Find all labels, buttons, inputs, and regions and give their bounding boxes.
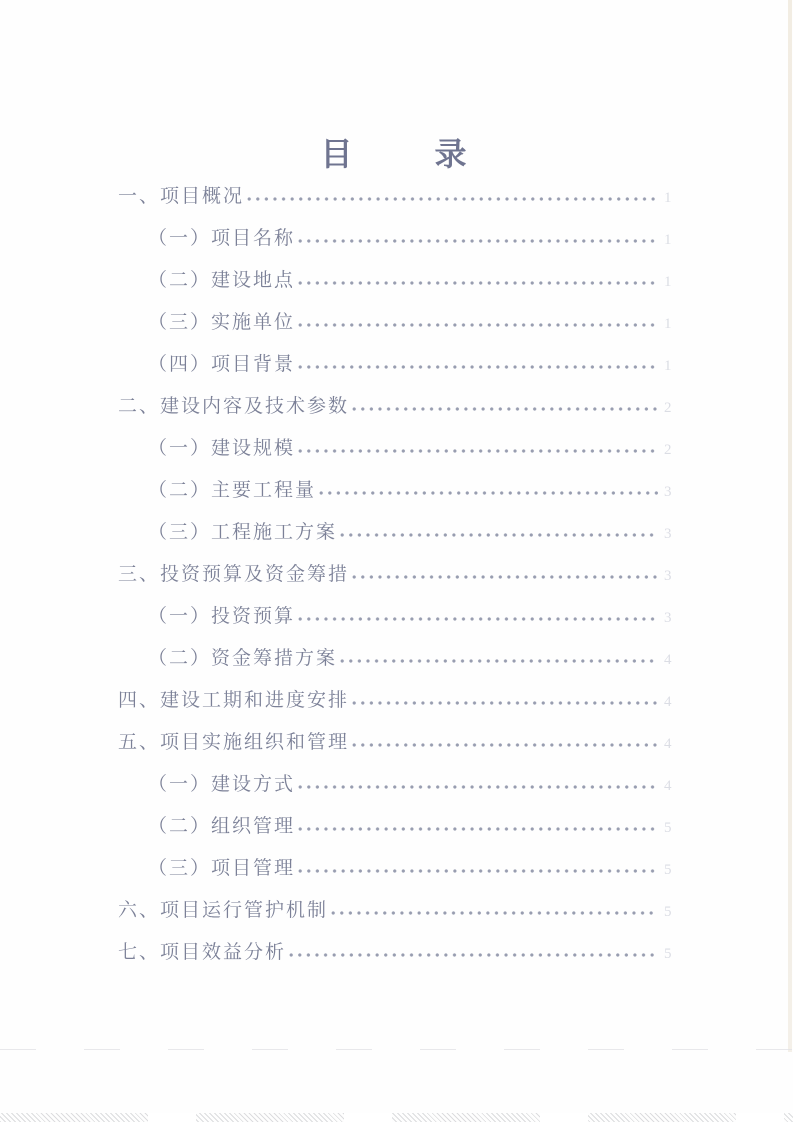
toc-page-number: 1 (664, 303, 686, 345)
toc-entry: 七、项目效益分析 5 (118, 932, 686, 974)
toc-entry-label: （二）组织管理 (148, 806, 295, 848)
dot-leader (352, 400, 658, 414)
toc-page-number: 3 (664, 471, 686, 513)
toc-page-number: 5 (664, 933, 686, 975)
toc-entry-label: （二）建设地点 (148, 260, 295, 302)
toc-entry: （二）资金筹措方案 4 (118, 638, 686, 680)
toc-entry-label: （一）建设规模 (148, 428, 295, 470)
toc-entry-label: 一、项目概况 (118, 176, 244, 218)
toc-entry: （二）组织管理 5 (118, 806, 686, 848)
scan-page-bottom-edge (0, 1049, 793, 1050)
toc-page-number: 2 (664, 387, 686, 429)
dot-leader (298, 610, 658, 624)
scan-edge-right (788, 0, 792, 1052)
toc-page-number: 1 (664, 177, 686, 219)
dot-leader (319, 484, 658, 498)
toc-entry-label: 三、投资预算及资金筹措 (118, 554, 349, 596)
toc-entry-label: 六、项目运行管护机制 (118, 890, 328, 932)
toc-entry-label: （四）项目背景 (148, 344, 295, 386)
toc-entry-label: （一）项目名称 (148, 218, 295, 260)
toc-entry-label: 七、项目效益分析 (118, 932, 286, 974)
dot-leader (331, 904, 658, 918)
toc-entry: 六、项目运行管护机制 5 (118, 890, 686, 932)
toc-page-number: 5 (664, 891, 686, 933)
toc-page-number: 3 (664, 513, 686, 555)
toc-entry: （一）建设方式 4 (118, 764, 686, 806)
toc-entry-label: （三）实施单位 (148, 302, 295, 344)
toc-entry: （二）建设地点 1 (118, 260, 686, 302)
toc-entry: 二、建设内容及技术参数 2 (118, 386, 686, 428)
toc-entry: （一）投资预算 3 (118, 596, 686, 638)
toc-entry: （三）实施单位 1 (118, 302, 686, 344)
toc-entry: （三）项目管理 5 (118, 848, 686, 890)
toc-page-number: 4 (664, 639, 686, 681)
toc-entry-label: 四、建设工期和进度安排 (118, 680, 349, 722)
toc-entry-label: （三）工程施工方案 (148, 512, 337, 554)
toc-entry-label: （一）建设方式 (148, 764, 295, 806)
dot-leader (298, 232, 658, 246)
toc-entry-label: 五、项目实施组织和管理 (118, 722, 349, 764)
toc-page-number: 4 (664, 765, 686, 807)
dot-leader (289, 946, 658, 960)
toc-entry: （一）建设规模 2 (118, 428, 686, 470)
dot-leader (352, 736, 658, 750)
dot-leader (298, 778, 658, 792)
dot-leader (247, 190, 658, 204)
dot-leader (298, 316, 658, 330)
scan-artifact-band (0, 1113, 793, 1122)
toc-entry: 一、项目概况 1 (118, 176, 686, 218)
toc-entry-label: （一）投资预算 (148, 596, 295, 638)
toc-entry: （一）项目名称 1 (118, 218, 686, 260)
dot-leader (298, 274, 658, 288)
toc-page-number: 5 (664, 807, 686, 849)
dot-leader (340, 652, 658, 666)
toc-entry: （三）工程施工方案 3 (118, 512, 686, 554)
toc-page-number: 1 (664, 219, 686, 261)
toc-entry-label: （三）项目管理 (148, 848, 295, 890)
toc-entry: 四、建设工期和进度安排 4 (118, 680, 686, 722)
dot-leader (298, 442, 658, 456)
dot-leader (298, 358, 658, 372)
dot-leader (352, 568, 658, 582)
toc-page-number: 4 (664, 681, 686, 723)
dot-leader (352, 694, 658, 708)
toc-page-number: 5 (664, 849, 686, 891)
dot-leader (340, 526, 658, 540)
toc-page-number: 3 (664, 597, 686, 639)
toc-entry-label: （二）资金筹措方案 (148, 638, 337, 680)
dot-leader (298, 862, 658, 876)
toc-page-number: 2 (664, 429, 686, 471)
document-page: 目 录 一、项目概况 1 （一）项目名称 1 （二）建设地点 1 （三）实施单位… (0, 0, 793, 1122)
toc-page-number: 4 (664, 723, 686, 765)
toc-entry: 五、项目实施组织和管理 4 (118, 722, 686, 764)
toc-page-number: 1 (664, 261, 686, 303)
toc-entry: （四）项目背景 1 (118, 344, 686, 386)
toc-entry: （二）主要工程量 3 (118, 470, 686, 512)
toc-entry-label: （二）主要工程量 (148, 470, 316, 512)
page-title: 目 录 (0, 0, 793, 176)
toc-entry-label: 二、建设内容及技术参数 (118, 386, 349, 428)
dot-leader (298, 820, 658, 834)
table-of-contents: 一、项目概况 1 （一）项目名称 1 （二）建设地点 1 （三）实施单位 1 （… (118, 176, 686, 974)
toc-page-number: 3 (664, 555, 686, 597)
toc-page-number: 1 (664, 345, 686, 387)
toc-entry: 三、投资预算及资金筹措 3 (118, 554, 686, 596)
